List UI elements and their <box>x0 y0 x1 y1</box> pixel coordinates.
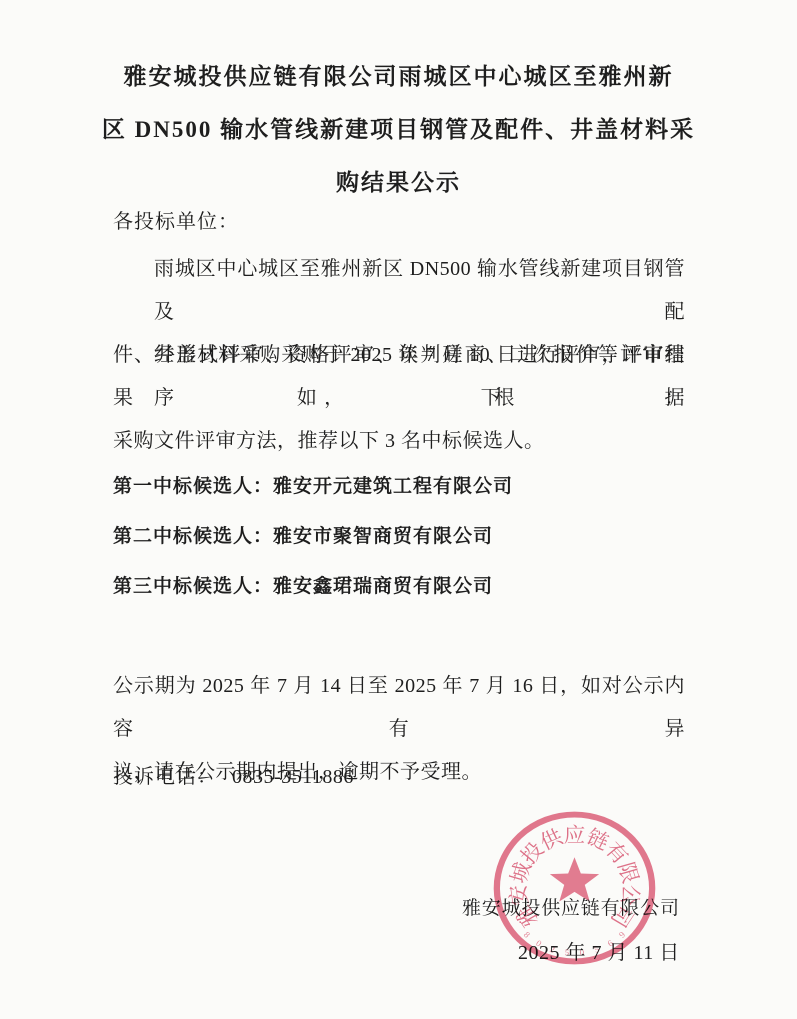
svg-text:6: 6 <box>606 938 616 949</box>
seal-star-icon <box>550 857 599 901</box>
notice-line: 公示期为 2025 年 7 月 14 日至 2025 年 7 月 16 日，如对… <box>113 665 685 751</box>
svg-text:安: 安 <box>505 883 532 906</box>
company-seal: 雅安城投供应链有限公司 80250569 <box>491 809 658 967</box>
complaint-phone-number: 0835-3511886 <box>232 766 354 788</box>
title-line-2: 区 DN500 输水管线新建项目钢管及配件、井盖材料采 <box>96 103 701 156</box>
candidate-row-2: 第二中标候选人：雅安市聚智商贸有限公司 <box>113 524 493 550</box>
candidate-label: 第三中标候选人： <box>113 576 273 597</box>
svg-text:5: 5 <box>593 944 601 955</box>
company-seal-graphic: 雅安城投供应链有限公司 80250569 <box>491 809 658 967</box>
complaint-phone-row: 投诉电话：0835-3511886 <box>113 760 354 789</box>
svg-text:5: 5 <box>564 947 570 957</box>
paragraph-line: 经形式评审、资格评审、谈判磋商、二次报价等评审程序，根据 <box>113 334 685 420</box>
document-title: 雅安城投供应链有限公司雨城区中心城区至雅州新 区 DN500 输水管线新建项目钢… <box>96 50 701 209</box>
candidate-label: 第一中标候选人： <box>113 476 273 497</box>
candidate-row-3: 第三中标候选人：雅安鑫珺瑞商贸有限公司 <box>113 574 493 600</box>
candidate-label: 第二中标候选人： <box>113 526 273 547</box>
svg-text:0: 0 <box>579 947 585 957</box>
svg-text:0: 0 <box>534 938 544 949</box>
title-line-1: 雅安城投供应链有限公司雨城区中心城区至雅州新 <box>96 50 701 103</box>
candidate-name: 雅安市聚智商贸有限公司 <box>273 526 493 547</box>
complaint-phone-label: 投诉电话： <box>113 766 218 788</box>
salutation: 各投标单位： <box>113 205 239 234</box>
paragraph-line: 雨城区中心城区至雅州新区 DN500 输水管线新建项目钢管及配 <box>113 248 685 334</box>
svg-text:9: 9 <box>617 929 628 939</box>
candidate-name: 雅安开元建筑工程有限公司 <box>273 476 513 497</box>
scanned-notice-page: { "page": { "background": "#fbfbf9", "te… <box>0 0 797 1019</box>
paragraph-line: 采购文件评审方法，推荐以下 3 名中标候选人。 <box>113 420 685 463</box>
candidate-row-1: 第一中标候选人：雅安开元建筑工程有限公司 <box>113 474 513 500</box>
svg-text:应: 应 <box>564 823 586 846</box>
svg-text:2: 2 <box>549 944 557 955</box>
candidate-name: 雅安鑫珺瑞商贸有限公司 <box>273 576 493 597</box>
paragraph-evaluation-procedure: 经形式评审、资格评审、谈判磋商、二次报价等评审程序，根据 采购文件评审方法，推荐… <box>113 334 685 463</box>
title-line-3: 购结果公示 <box>96 156 701 209</box>
